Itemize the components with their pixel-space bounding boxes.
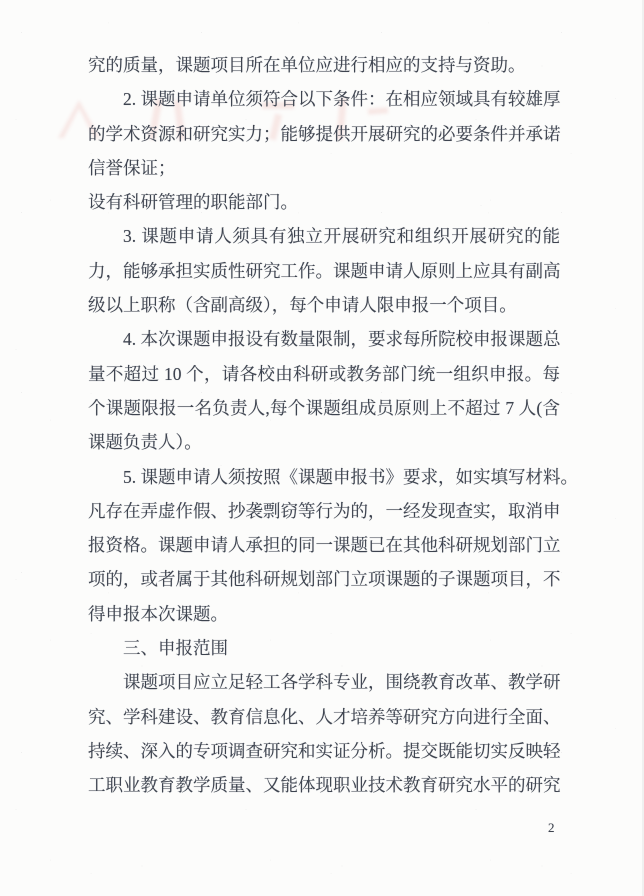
text-line: 个课题限报一名负责人,每个课题组成员原则上不超过 7 人(含	[88, 391, 560, 425]
text-line: 凡存在弄虚作假、抄袭剽窃等行为的，一经发现查实，取消申	[88, 494, 560, 528]
text-line: 究、学科建设、教育信息化、人才培养等研究方向进行全面、	[88, 700, 560, 734]
text-line: 4. 本次课题申报设有数量限制，要求每所院校申报课题总	[88, 322, 560, 356]
text-line: 3. 课题申请人须具有独立开展研究和组织开展研究的能	[88, 219, 560, 253]
text-line: 信誉保证；	[88, 151, 560, 185]
page-number: 2	[548, 820, 555, 836]
text-line: 课题负责人）。	[88, 425, 560, 459]
text-line: 三、申报范围	[88, 631, 560, 665]
text-line: 5. 课题申请人须按照《课题申报书》要求，如实填写材料。	[88, 460, 560, 494]
text-line: 课题项目应立足轻工各学科专业，围绕教育改革、教学研	[88, 665, 560, 699]
text-line: 设有科研管理的职能部门。	[88, 185, 560, 219]
text-line: 的学术资源和研究实力；能够提供开展研究的必要条件并承诺	[88, 117, 560, 151]
document-body: 究的质量，课题项目所在单位应进行相应的支持与资助。2. 课题申请单位须符合以下条…	[88, 48, 560, 803]
text-line: 量不超过 10 个，请各校由科研或教务部门统一组织申报。每	[88, 357, 560, 391]
text-line: 力，能够承担实质性研究工作。课题申请人原则上应具有副高	[88, 254, 560, 288]
text-line: 得申报本次课题。	[88, 597, 560, 631]
text-line: 项的，或者属于其他科研规划部门立项课题的子课题项目，不	[88, 562, 560, 596]
text-line: 2. 课题申请单位须符合以下条件：在相应领域具有较雄厚	[88, 82, 560, 116]
text-line: 级以上职称（含副高级），每个申请人限申报一个项目。	[88, 288, 560, 322]
text-line: 工职业教育教学质量、又能体现职业技术教育研究水平的研究	[88, 768, 560, 802]
text-line: 持续、深入的专项调查研究和实证分析。提交既能切实反映轻	[88, 734, 560, 768]
text-line: 报资格。课题申请人承担的同一课题已在其他科研规划部门立	[88, 528, 560, 562]
text-line: 究的质量，课题项目所在单位应进行相应的支持与资助。	[88, 48, 560, 82]
